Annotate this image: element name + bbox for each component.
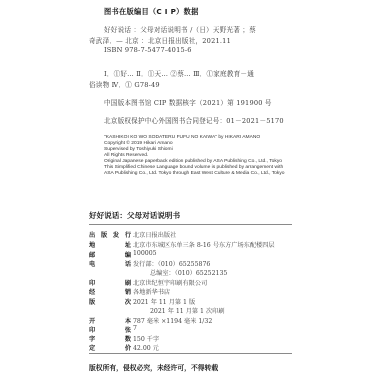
- divider: [89, 224, 292, 225]
- colophon-printing: 2021 年 11 月第 1 次印刷: [150, 306, 225, 315]
- colophon-label: 印张: [89, 325, 133, 334]
- cip-isbn: ISBN 978-7-5477-4015-6: [104, 46, 192, 54]
- colophon-sheets: 印张 7: [89, 325, 137, 334]
- colophon-format: 开本 787 毫米 ×1194 毫米 1/32: [89, 316, 212, 325]
- colophon-printer: 印刷 北京世纪恒宇印刷有限公司: [89, 278, 207, 287]
- colophon-label: 字数: [89, 334, 133, 343]
- colophon-phone: 电话 发行部：（010）65255876: [89, 259, 210, 268]
- credit-line: Copyright © 2019 Hikari Amano: [104, 141, 173, 146]
- book-title: 好好说话：父母对话说明书: [89, 210, 180, 221]
- credit-line: "KASHIKOI KO WO SODATERU FUFU NO KAIWA" …: [104, 135, 260, 140]
- colophon-phone-editorial: 总编室：（010）65252135: [150, 268, 227, 277]
- colophon-label: 出版发行: [89, 230, 133, 239]
- colophon-label: 开本: [89, 316, 133, 325]
- colophon-postcode: 邮编 100005: [89, 250, 157, 259]
- colophon-distributor: 经销 各地新华书店: [89, 287, 170, 296]
- colophon-publisher: 出版发行 北京日报出版社: [89, 230, 176, 239]
- colophon-label: 印刷: [89, 278, 133, 287]
- colophon-label: 版次: [89, 297, 133, 306]
- credit-line: This Simplified Chinese Language bound v…: [104, 165, 283, 170]
- rights-notice: 版权所有，侵权必究，未经许可，不得转载: [89, 362, 218, 372]
- cip-classification: Ⅰ．①好… Ⅱ．①天… ②蔡… Ⅲ．①家庭教育－通: [104, 68, 254, 78]
- colophon-label: 电话: [89, 259, 133, 268]
- colophon-label: 定价: [89, 343, 133, 352]
- copyright-registration: 北京版权保护中心外国图书合同登记号：01－2021－5170: [104, 115, 284, 125]
- cip-heading: 图书在版编目（C I P）数据: [104, 7, 199, 17]
- cip-record-number: 中国版本图书馆 CIP 数据核字（2021）第 191900 号: [104, 97, 272, 107]
- credit-line: Supervised by Toshiyuki Shiomi: [104, 147, 173, 152]
- colophon-price: 定价 42.00 元: [89, 343, 159, 352]
- colophon-label: 地址: [89, 240, 133, 249]
- colophon-address: 地址 北京市东城区东单三条 8-16 号东方广场东配楼四层: [89, 240, 275, 249]
- cip-classification-cont: 俗读物 Ⅳ．① G78-49: [89, 79, 160, 89]
- credit-line: Original Japanese paperback edition publ…: [104, 159, 282, 164]
- colophon-label: 邮编: [89, 250, 133, 259]
- cip-line: 奇武泽．— 北京 ：北京日报出版社，2021.11: [89, 35, 231, 45]
- colophon-edition: 版次 2021 年 11 月第 1 版: [89, 297, 195, 306]
- divider: [89, 353, 292, 354]
- colophon-word-count: 字数 150 千字: [89, 334, 159, 343]
- colophon-label: 经销: [89, 287, 133, 296]
- credit-line: ASA Publishing Co., Ltd. Tokyo through E…: [104, 171, 285, 176]
- credit-line: All Rights Reserved.: [104, 153, 148, 158]
- cip-line: 好好说话 ：父母对话说明书 /（日）天野光著 ；蔡: [104, 24, 256, 34]
